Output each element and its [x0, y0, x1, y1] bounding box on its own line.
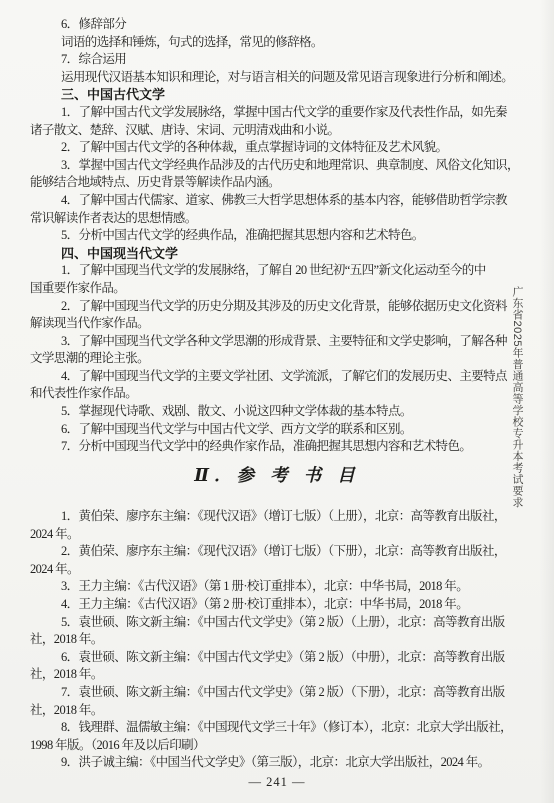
section-heading-line: 三、中国古代文学	[30, 86, 508, 104]
text-line: 1．了解中国现当代文学的发展脉络，了解自 20 世纪初“五四”新文化运动至今的中	[30, 262, 508, 280]
side-margin-label: 广东省2025年普通高等学校专升本考试要求	[509, 286, 524, 498]
text-line: 1．了解中国古代文学发展脉络，掌握中国古代文学的重要作家及代表性作品，如先秦	[30, 104, 508, 122]
text-line: 和代表性作家作品。	[30, 385, 508, 403]
text-line: 5．分析中国古代文学的经典作品，准确把握其思想内容和艺术特色。	[30, 227, 508, 245]
text-line: 7．综合运用	[30, 51, 508, 69]
text-line: 社，2018 年。	[30, 702, 508, 720]
text-line: 词语的选择和锤炼，句式的选择，常见的修辞格。	[30, 34, 508, 52]
text-line: 2．了解中国现当代文学的历史分期及其涉及的历史文化背景，能够依据历史文化资料	[30, 298, 508, 316]
text-line: 9．洪子诚主编：《中国当代文学史》（第三版），北京：北京大学出版社，2024 年…	[30, 754, 508, 772]
text-line: 7．分析中国现当代文学中的经典作家作品，准确把握其思想内容和艺术特色。	[30, 438, 508, 456]
text-line: 能够结合地域特点、历史背景等解读作品内涵。	[30, 174, 508, 192]
text-line: 5．掌握现代诗歌、戏剧、散文、小说这四种文学体裁的基本特点。	[30, 403, 508, 421]
text-line: 3．了解中国现当代文学各种文学思潮的形成背景、主要特征和文学史影响，了解各种	[30, 333, 508, 351]
text-line: 2．黄伯荣、廖序东主编：《现代汉语》（增订七版）（下册），北京：高等教育出版社，	[30, 543, 508, 561]
text-line: 文学思潮的理论主张。	[30, 350, 508, 368]
syllabus-outline-section: 6．修辞部分词语的选择和锤炼，句式的选择，常见的修辞格。7．综合运用运用现代汉语…	[30, 16, 508, 456]
text-line: 7．袁世硕、陈文新主编：《中国古代文学史》（第 2 版）（下册），北京：高等教育…	[30, 684, 508, 702]
text-line: 社，2018 年。	[30, 666, 508, 684]
section-heading-line: 四、中国现当代文学	[30, 245, 508, 263]
text-line: 诸子散文、楚辞、汉赋、唐诗、宋词、元明清戏曲和小说。	[30, 122, 508, 140]
text-line: 6．袁世硕、陈文新主编：《中国古代文学史》（第 2 版）（中册），北京：高等教育…	[30, 649, 508, 667]
scanned-page: 6．修辞部分词语的选择和锤炼，句式的选择，常见的修辞格。7．综合运用运用现代汉语…	[0, 0, 554, 803]
text-line: 5．袁世硕、陈文新主编：《中国古代文学史》（第 2 版）（上册），北京：高等教育…	[30, 614, 508, 632]
text-line: 2024 年。	[30, 561, 508, 579]
text-line: 3．掌握中国古代文学经典作品涉及的古代历史和地理常识、典章制度、风俗文化知识，	[30, 157, 508, 175]
text-line: 社，2018 年。	[30, 631, 508, 649]
text-line: 1998 年版。（2016 年及以后印刷）	[30, 737, 508, 755]
text-line: 3．王力主编：《古代汉语》（第 1 册·校订重排本），北京：中华书局，2018 …	[30, 578, 508, 596]
text-line: 国重要作家作品。	[30, 280, 508, 298]
references-section-heading: Ⅱ．参 考 书 目	[0, 462, 554, 490]
text-line: 1．黄伯荣、廖序东主编：《现代汉语》（增订七版）（上册），北京：高等教育出版社，	[30, 508, 508, 526]
text-line: 解读现当代作家作品。	[30, 315, 508, 333]
text-line: 6．了解中国现当代文学与中国古代文学、西方文学的联系和区别。	[30, 421, 508, 439]
page-number: — 241 —	[0, 775, 554, 790]
text-line: 2．了解中国古代文学的各种体裁，重点掌握诗词的文体特征及艺术风貌。	[30, 139, 508, 157]
reference-book-list: 1．黄伯荣、廖序东主编：《现代汉语》（增订七版）（上册），北京：高等教育出版社，…	[30, 508, 508, 772]
text-line: 6．修辞部分	[30, 16, 508, 34]
text-line: 4．王力主编：《古代汉语》（第 2 册·校订重排本），北京：中华书局，2018 …	[30, 596, 508, 614]
text-line: 常识解读作者表达的思想情感。	[30, 210, 508, 228]
text-line: 4．了解中国古代儒家、道家、佛教三大哲学思想体系的基本内容，能够借助哲学宗教	[30, 192, 508, 210]
text-line: 运用现代汉语基本知识和理论，对与语言相关的问题及常见语言现象进行分析和阐述。	[30, 69, 508, 87]
text-line: 2024 年。	[30, 526, 508, 544]
text-line: 4．了解中国现当代文学的主要文学社团、文学流派，了解它们的发展历史、主要特点	[30, 368, 508, 386]
text-line: 8．钱理群、温儒敏主编：《中国现代文学三十年》（修订本），北京：北京大学出版社，	[30, 719, 508, 737]
